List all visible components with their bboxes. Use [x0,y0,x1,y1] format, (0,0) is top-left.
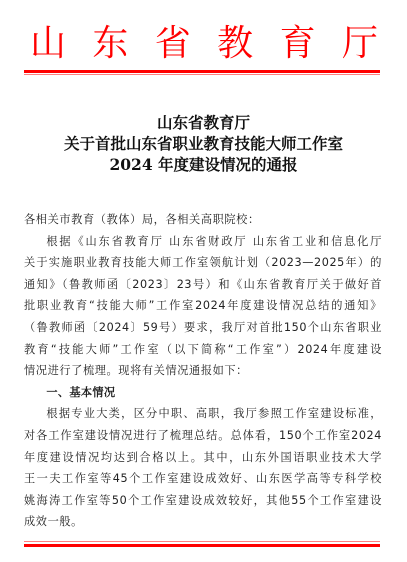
paragraph-1: 根据《山东省教育厅 山东省财政厅 山东省工业和信息化厅 关于实施职业教育技能大师… [24,231,382,382]
title-line: 2024 年度建设情况的通报 [0,154,407,175]
title-line: 山东省教育厅 [0,112,407,133]
paragraph-line: 根据《山东省教育厅 山东省财政厅 山东省工业和信息化厅 [24,231,382,253]
paragraph-line: 批职业教育“技能大师”工作室2024年度建设情况总结的通知》 [24,295,382,317]
masthead-char: 育 [280,24,316,64]
paragraph-line: 关于实施职业教育技能大师工作室领航计划（2023—2025年）的 [24,252,382,274]
masthead-char: 省 [155,24,191,64]
masthead-char: 教 [217,24,253,64]
paragraph-line: 年度建设情况均达到合格以上。其中，山东外国语职业技术大学 [24,447,382,469]
paragraph-line: （鲁教师函〔2024〕59号）要求，我厅对首批150个山东省职业 [24,317,382,339]
paragraph-line: 姚海涛工作室等50个工作室建设成效较好，其他55个工作室建设 [24,490,382,512]
salutation: 各相关市教育（教体）局，各相关高职院校： [24,209,382,231]
paragraph-line: 成效一般。 [24,511,382,533]
document-body: 各相关市教育（教体）局，各相关高职院校： 根据《山东省教育厅 山东省财政厅 山东… [24,209,382,533]
paragraph-line: 情况进行了梳理。现将有关情况通报如下： [24,360,382,382]
paragraph-2: 根据专业大类，区分中职、高职，我厅参照工作室建设标准， 对各工作室建设情况进行了… [24,403,382,533]
footer-rule-thin [24,541,380,542]
footer-rule-thick [24,544,380,547]
paragraph-line: 根据专业大类，区分中职、高职，我厅参照工作室建设标准， [24,403,382,425]
section-heading: 一、基本情况 [24,382,382,404]
paragraph-line: 教育“技能大师”工作室（以下简称“工作室”）2024年度建设 [24,339,382,361]
document-title: 山东省教育厅 关于首批山东省职业教育技能大师工作室 2024 年度建设情况的通报 [0,112,407,175]
paragraph-line: 王一夫工作室等45个工作室建设成效好、山东医学高等专科学校 [24,468,382,490]
paragraph-line: 通知》（鲁教师函〔2023〕23号）和《山东省教育厅关于做好首 [24,274,382,296]
masthead-char: 东 [92,24,128,64]
masthead-rule-thin [24,74,380,75]
masthead: 山 东 省 教 育 厅 [24,24,380,64]
masthead-char: 厅 [342,24,378,64]
masthead-rule-thick [24,70,380,73]
paragraph-line: 对各工作室建设情况进行了梳理总结。总体看，150个工作室2024 [24,425,382,447]
masthead-char: 山 [30,24,66,64]
title-line: 关于首批山东省职业教育技能大师工作室 [0,133,407,154]
